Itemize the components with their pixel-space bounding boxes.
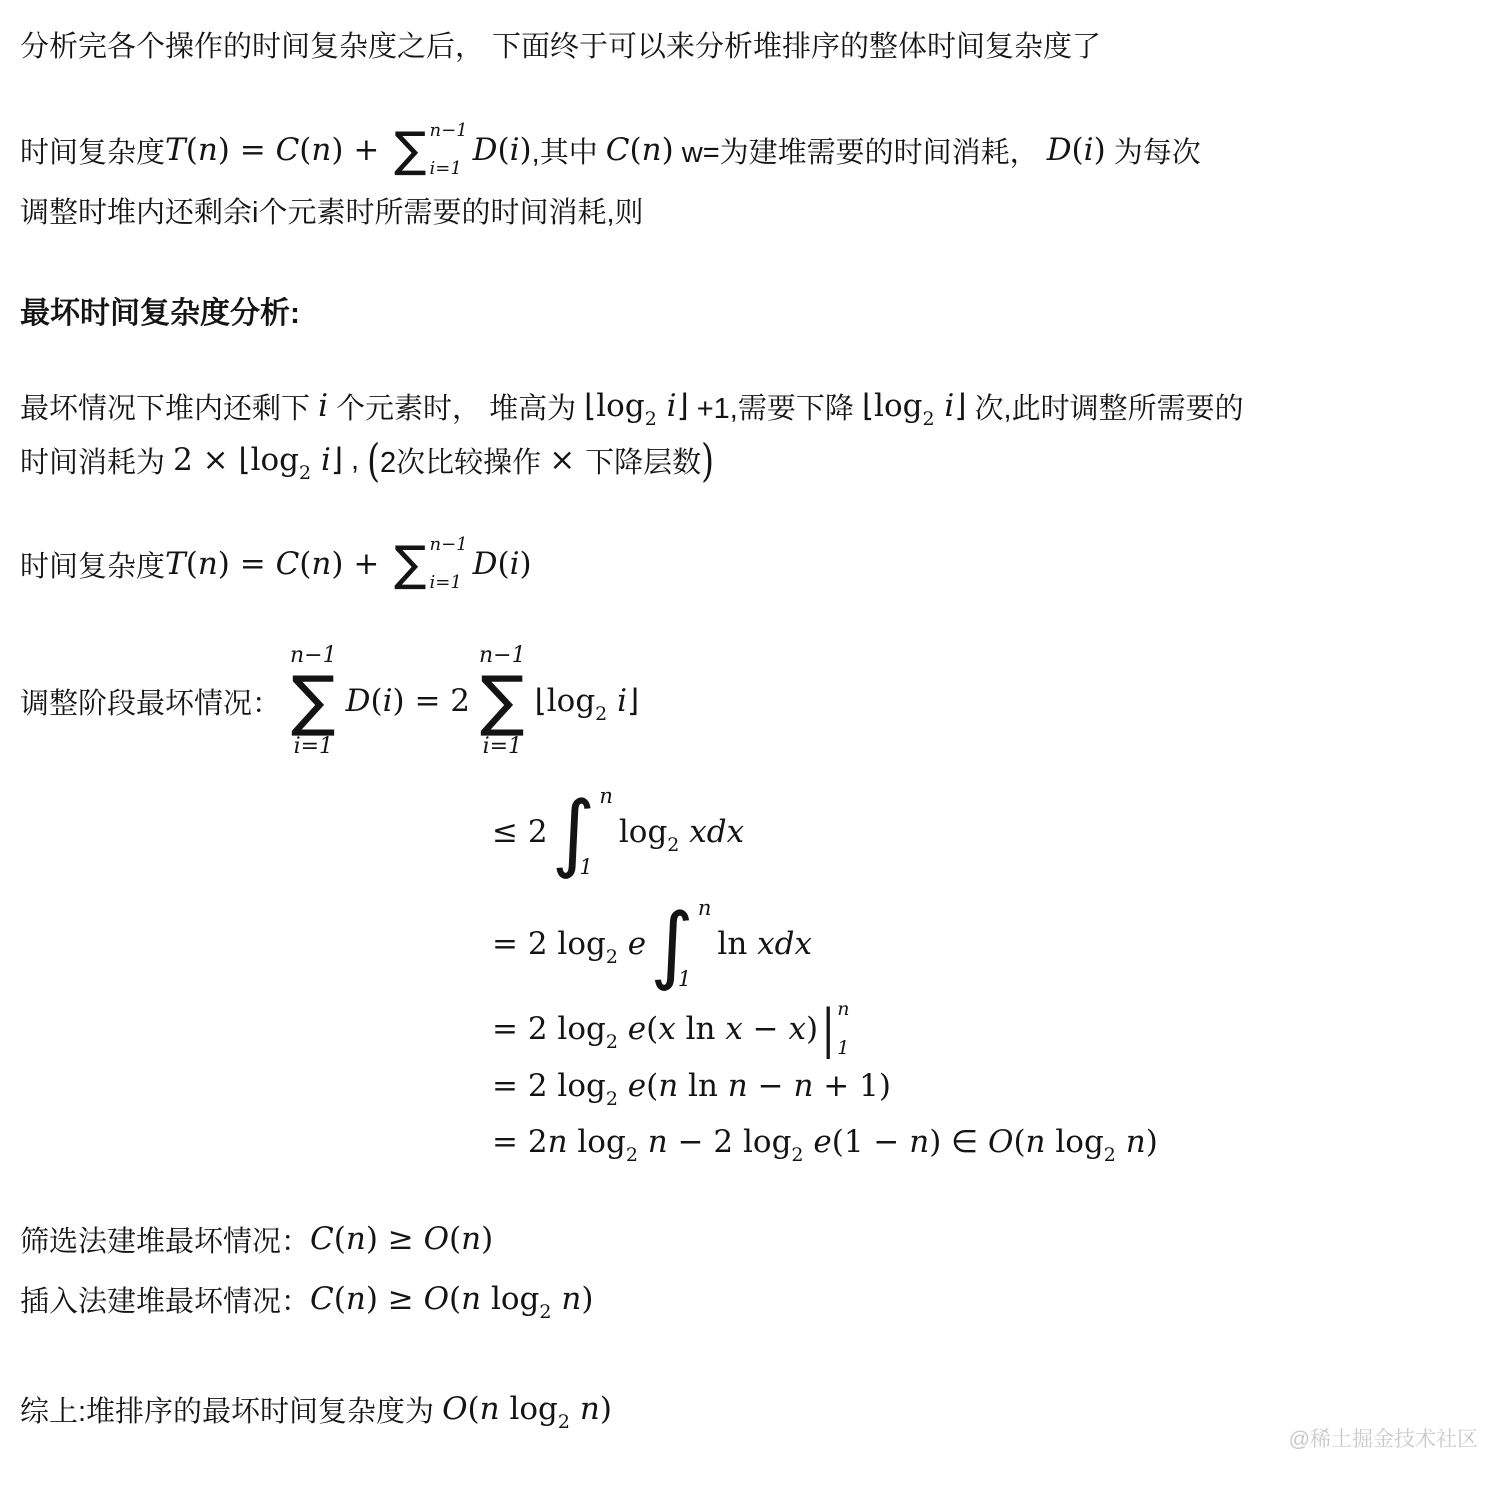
- math-token: ) ≥: [366, 1281, 424, 1317]
- paragraph-complexity-definition: 时间复杂度T(n) = C(n) + ∑n−1i=1D(i),其中 C(n) w…: [20, 114, 1488, 234]
- inline-sum: ∑n−1i=1: [394, 119, 467, 181]
- math-var: xdx: [679, 814, 744, 850]
- derivation-row-6: = 2n log2 n − 2 log2 e(1 − n) ∈ O(n log2…: [492, 1114, 1488, 1170]
- article: 分析完各个操作的时间复杂度之后， 下面终于可以来分析堆排序的整体时间复杂度了 时…: [0, 0, 1512, 1487]
- paragraph-intro: 分析完各个操作的时间复杂度之后， 下面终于可以来分析堆排序的整体时间复杂度了: [20, 20, 1488, 68]
- math-token: (: [630, 132, 642, 168]
- sigma-glyph: ∑: [291, 668, 335, 734]
- math-var: xdx: [747, 926, 812, 962]
- math-token: ): [520, 132, 532, 168]
- math-subscript: 2: [606, 1031, 618, 1053]
- integral: ∫n1: [650, 898, 707, 990]
- math-token: (: [1013, 1124, 1025, 1160]
- math-token: log: [500, 1391, 558, 1427]
- math-var: n: [658, 1068, 678, 1104]
- math-token: (: [646, 1068, 658, 1104]
- paren-token: ): [701, 434, 714, 487]
- paragraph-worst-case: 最坏情况下堆内还剩下 i 个元素时， 堆高为 ⌊log2 i⌋ +1,需要下降 …: [20, 382, 1488, 484]
- math-var: n: [346, 1221, 366, 1257]
- math-token: (: [186, 546, 198, 582]
- text-token: 为每次: [1106, 130, 1201, 171]
- derivation-row-4: = 2 log2 e(x ln x − x)|n1: [492, 1000, 1488, 1058]
- math-var: D: [346, 683, 371, 719]
- math-token: log: [481, 1281, 539, 1317]
- math-var: x: [725, 1011, 742, 1047]
- math-token: log: [1046, 1124, 1104, 1160]
- bar-upper-limit: n: [837, 1000, 849, 1019]
- math-token: ): [600, 1391, 612, 1427]
- math-var: D: [473, 132, 498, 168]
- math-token: = 2 log: [492, 926, 606, 962]
- math-var: e: [804, 1124, 832, 1160]
- math-var: C: [276, 546, 300, 582]
- math-symbol: ⌊: [238, 442, 250, 478]
- math-token: (: [299, 132, 311, 168]
- math-var: n: [642, 132, 662, 168]
- heading-worst-case-analysis: 最坏时间复杂度分析:: [20, 288, 1488, 332]
- math-subscript: 2: [1104, 1144, 1116, 1166]
- math-subscript: 2: [606, 1088, 618, 1110]
- evaluation-bar: |n1: [821, 1000, 849, 1058]
- formula-tn: 时间复杂度T(n) = C(n) + ∑n−1i=1D(i): [20, 528, 1488, 600]
- math-var: O: [988, 1124, 1013, 1160]
- math-token: ): [662, 132, 674, 168]
- math-subscript: 2: [626, 1144, 638, 1166]
- text-token: 调整时堆内还剩余i个元素时所需要的时间消耗,则: [20, 190, 644, 231]
- math-token: ×: [549, 442, 585, 478]
- sum-upper-limit: n−1: [430, 122, 468, 140]
- math-token: (: [334, 1221, 346, 1257]
- text-token: ,: [343, 444, 367, 477]
- math-var: e: [618, 926, 646, 962]
- sum-limits: n−1i=1: [430, 122, 468, 178]
- math-var: C: [276, 132, 300, 168]
- math-var: i: [510, 132, 520, 168]
- math-token: (1 −: [832, 1124, 910, 1160]
- sum-lower-limit: i=1: [430, 574, 468, 592]
- math-token: ): [520, 546, 532, 582]
- sum-lower-limit: i=1: [430, 160, 468, 178]
- integral-lower-limit: 1: [678, 969, 692, 990]
- math-var: x: [658, 1011, 675, 1047]
- math-token: ): [581, 1281, 593, 1317]
- math-var: n: [570, 1391, 600, 1427]
- math-subscript: 2: [539, 1301, 551, 1323]
- math-var: n: [551, 1281, 581, 1317]
- sigma-glyph: ∑: [480, 668, 524, 734]
- math-var: T: [165, 132, 186, 168]
- math-token: (: [498, 132, 510, 168]
- math-var: O: [424, 1221, 449, 1257]
- text-token: 时间复杂度: [20, 544, 165, 585]
- math-token: 2 ×: [173, 442, 238, 478]
- math-symbol: ⌋: [331, 442, 343, 478]
- math-var: n: [793, 1068, 813, 1104]
- sigma-glyph: ∑: [394, 126, 426, 174]
- math-token: ) = 2: [393, 683, 471, 719]
- math-var: C: [310, 1281, 334, 1317]
- bar-lower-limit: 1: [837, 1039, 849, 1058]
- math-var: T: [165, 546, 186, 582]
- text-token: 次,此时调整所需要的: [966, 386, 1243, 427]
- derivation-row-5: = 2 log2 e(n ln n − n + 1): [492, 1058, 1488, 1114]
- math-token: = 2 log: [492, 1011, 606, 1047]
- text-token: 分析完各个操作的时间复杂度之后， 下面终于可以来分析堆排序的整体时间复杂度了: [20, 24, 1101, 65]
- math-var: n: [548, 1124, 568, 1160]
- math-var: D: [1047, 132, 1072, 168]
- math-var: D: [473, 546, 498, 582]
- derivation-row-3: = 2 log2 e∫n1ln xdx: [492, 888, 1488, 1000]
- integral-upper-limit: n: [599, 786, 613, 807]
- math-token: log: [251, 442, 299, 478]
- math-var: i: [510, 546, 520, 582]
- math-token: − 2 log: [668, 1124, 792, 1160]
- math-var: i: [607, 683, 627, 719]
- display-sum: n−1∑i=1: [479, 643, 526, 760]
- text-token: 最坏情况下堆内还剩下: [20, 386, 318, 427]
- bar-glyph: |: [821, 1003, 835, 1056]
- math-symbol: ⌊: [535, 683, 547, 719]
- math-subscript: 2: [645, 408, 657, 430]
- math-token: (: [370, 683, 382, 719]
- insert-build-worst-case: 插入法建堆最坏情况：C(n) ≥ O(n log2 n): [20, 1272, 1488, 1326]
- text-token: 时间复杂度: [20, 130, 165, 171]
- text-token: 插入法建堆最坏情况：: [20, 1279, 310, 1320]
- derivation-row-2: ≤ 2∫n1log2 xdx: [492, 776, 1488, 888]
- text-token: 下降层数: [585, 440, 701, 481]
- math-symbol: ∈: [941, 1124, 988, 1160]
- worst-case-line2: 时间消耗为 2 × ⌊log2 i⌋ , (2次比较操作 × 下降层数): [20, 436, 1488, 484]
- math-subscript: 2: [922, 408, 934, 430]
- display-sum: n−1∑i=1: [290, 643, 337, 760]
- text-token: w=为建堆需要的时间消耗，: [674, 130, 1047, 171]
- math-var: n: [461, 1221, 481, 1257]
- math-token: (: [498, 546, 510, 582]
- math-var: i: [657, 388, 677, 424]
- math-var: n: [909, 1124, 929, 1160]
- math-var: i: [383, 683, 393, 719]
- paren-token: (: [367, 434, 380, 487]
- math-token: ) =: [218, 546, 276, 582]
- math-symbol: ⌋: [677, 388, 689, 424]
- derivation-row-1: 调整阶段最坏情况：n−1∑i=1D(i) = 2n−1∑i=1⌊log2 i⌋: [20, 626, 1488, 776]
- math-var: n: [311, 546, 331, 582]
- math-var: n: [1116, 1124, 1146, 1160]
- text-token: 综上:堆排序的最坏时间复杂度为: [20, 1389, 442, 1430]
- math-var: C: [606, 132, 630, 168]
- math-var: n: [1026, 1124, 1046, 1160]
- math-symbol: ⌋: [627, 683, 639, 719]
- math-token: log: [619, 814, 667, 850]
- sigma-glyph: ∑: [394, 540, 426, 588]
- math-token: ): [1146, 1124, 1158, 1160]
- math-token: ): [1094, 132, 1106, 168]
- text-token: 个元素时， 堆高为: [328, 386, 584, 427]
- math-token: −: [743, 1011, 789, 1047]
- math-token: (: [449, 1281, 461, 1317]
- math-var: O: [424, 1281, 449, 1317]
- complexity-definition-line1: 时间复杂度T(n) = C(n) + ∑n−1i=1D(i),其中 C(n) w…: [20, 114, 1488, 186]
- math-token: log: [568, 1124, 626, 1160]
- math-subscript: 2: [791, 1144, 803, 1166]
- math-token: (: [334, 1281, 346, 1317]
- math-token: = 2 log: [492, 1068, 606, 1104]
- math-subscript: 2: [299, 462, 311, 484]
- sum-upper-limit: n−1: [430, 536, 468, 554]
- integral-lower-limit: 1: [579, 857, 593, 878]
- sum-lower-limit: i=1: [483, 734, 522, 759]
- integral: ∫n1: [552, 786, 609, 878]
- math-var: n: [638, 1124, 668, 1160]
- math-token: −: [748, 1068, 794, 1104]
- math-subscript: 2: [595, 703, 607, 725]
- math-token: (: [468, 1391, 480, 1427]
- derivation-block: 调整阶段最坏情况：n−1∑i=1D(i) = 2n−1∑i=1⌊log2 i⌋ …: [20, 626, 1488, 1170]
- math-token: ): [929, 1124, 941, 1160]
- sum-lower-limit: i=1: [294, 734, 333, 759]
- math-subscript: 2: [558, 1411, 570, 1433]
- math-token: (: [1072, 132, 1084, 168]
- math-subscript: 2: [606, 946, 618, 968]
- math-token: (: [186, 132, 198, 168]
- math-var: i: [318, 388, 328, 424]
- sum-limits: n−1i=1: [430, 536, 468, 592]
- text-token: 筛选法建堆最坏情况：: [20, 1219, 310, 1260]
- math-symbol: ⌊: [862, 388, 874, 424]
- math-token: log: [874, 388, 922, 424]
- math-var: O: [442, 1391, 467, 1427]
- math-token: (: [646, 1011, 658, 1047]
- math-token: (: [299, 546, 311, 582]
- bar-limits: n1: [837, 1000, 849, 1058]
- math-token: ≤ 2: [492, 814, 548, 850]
- math-token: ) ≥: [366, 1221, 424, 1257]
- math-token: ) =: [218, 132, 276, 168]
- math-var: e: [618, 1068, 646, 1104]
- conclusion: 综上:堆排序的最坏时间复杂度为 O(n log2 n): [20, 1380, 1488, 1438]
- inline-sum: ∑n−1i=1: [394, 533, 467, 595]
- math-token: + 1): [813, 1068, 891, 1104]
- math-var: n: [198, 546, 218, 582]
- math-token: log: [596, 388, 644, 424]
- math-token: ) +: [331, 132, 389, 168]
- math-var: i: [311, 442, 331, 478]
- math-token: ) +: [331, 546, 389, 582]
- math-var: i: [1084, 132, 1094, 168]
- math-token: ln: [717, 926, 747, 962]
- math-token: ): [806, 1011, 818, 1047]
- math-var: e: [618, 1011, 646, 1047]
- math-var: n: [480, 1391, 500, 1427]
- integral-limits: n1: [595, 786, 609, 878]
- math-var: i: [935, 388, 955, 424]
- math-subscript: 2: [667, 834, 679, 856]
- math-token: = 2: [492, 1124, 548, 1160]
- math-var: C: [310, 1221, 334, 1257]
- text-token: 2次比较操作: [380, 440, 549, 481]
- math-var: n: [346, 1281, 366, 1317]
- watermark: @稀土掘金技术社区: [1289, 1423, 1478, 1453]
- complexity-definition-line2: 调整时堆内还剩余i个元素时所需要的时间消耗,则: [20, 186, 1488, 234]
- math-token: ln: [678, 1068, 728, 1104]
- math-token: (: [449, 1221, 461, 1257]
- integral-upper-limit: n: [698, 898, 712, 919]
- text-token: 时间消耗为: [20, 440, 173, 481]
- sieve-build-worst-case: 筛选法建堆最坏情况：C(n) ≥ O(n): [20, 1212, 1488, 1266]
- text-token: +1,需要下降: [689, 386, 862, 427]
- integral-limits: n1: [694, 898, 708, 990]
- math-token: ): [481, 1221, 493, 1257]
- worst-case-line1: 最坏情况下堆内还剩下 i 个元素时， 堆高为 ⌊log2 i⌋ +1,需要下降 …: [20, 382, 1488, 430]
- math-token: ln: [676, 1011, 726, 1047]
- math-var: n: [728, 1068, 748, 1104]
- math-var: n: [311, 132, 331, 168]
- text-token: ,其中: [532, 130, 606, 171]
- text-token: 调整阶段最坏情况：: [20, 681, 281, 722]
- math-var: x: [788, 1011, 805, 1047]
- math-token: log: [547, 683, 595, 719]
- math-symbol: ⌋: [954, 388, 966, 424]
- math-var: n: [198, 132, 218, 168]
- math-var: n: [461, 1281, 481, 1317]
- math-symbol: ⌊: [584, 388, 596, 424]
